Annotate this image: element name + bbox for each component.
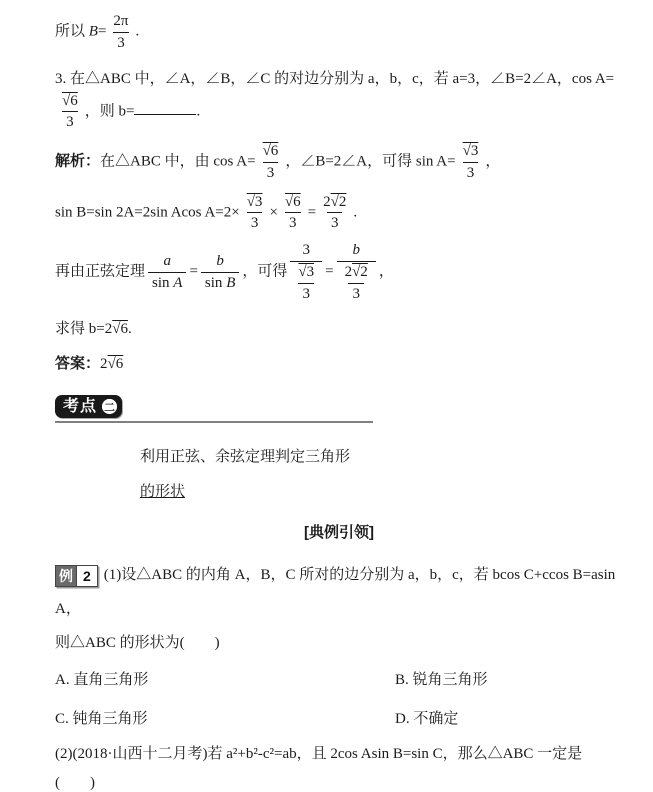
dianli-text: [典例引领] — [304, 524, 374, 541]
question2-line2: ( ) — [55, 771, 623, 792]
option-b-label: B. 锐角三角形 — [395, 672, 488, 688]
fraction-sqrt6-3: √63 — [281, 193, 305, 234]
period: . — [196, 103, 200, 119]
option-a: A. 直角三角形 — [55, 668, 395, 689]
text: 在△ABC 中，由 cos A= — [100, 154, 256, 170]
sqrt6: √6 — [108, 356, 124, 372]
fraction-2sqrt2-3: 2√23 — [319, 193, 350, 234]
var-B: B — [89, 24, 98, 40]
coefficient: 2 — [323, 194, 331, 210]
document-page: 所以 B=2π3. 3. 在△ABC 中，∠A，∠B，∠C 的对边分别为 a，b… — [0, 0, 653, 792]
choice-options: A. 直角三角形 B. 锐角三角形 C. 钝角三角形 D. 不确定 — [55, 668, 623, 728]
answer-line: 答案：2√6 — [55, 352, 623, 373]
question3-line1: 3. 在△ABC 中，∠A，∠B，∠C 的对边分别为 a，b，c，若 a=3，∠… — [55, 67, 623, 88]
text: ，则 b= — [85, 103, 135, 119]
period: . — [135, 24, 139, 40]
comma: ， — [379, 264, 394, 280]
section-heading-line2: 的形状 — [140, 480, 623, 501]
equals: = — [325, 264, 333, 280]
fraction-a-sinA: asin A — [148, 252, 186, 293]
heading-text: 利用正弦、余弦定理判定三角形 — [140, 449, 350, 465]
text: 2 — [100, 356, 108, 372]
section-heading-line1: 利用正弦、余弦定理判定三角形 — [140, 445, 623, 466]
option-c-label: C. 钝角三角形 — [55, 711, 148, 727]
sqrt2: √2 — [352, 264, 368, 280]
equals: = — [308, 204, 316, 220]
period: . — [128, 321, 132, 337]
fraction-sqrt6-3: √63 — [58, 92, 82, 133]
question2-line1: (2)(2018·山西十二月考)若 a²+b²-c²=ab，且 2cos Asi… — [55, 742, 623, 763]
heading-text-underlined: 的形状 — [140, 484, 185, 500]
sin-fn: sin — [152, 275, 173, 291]
sqrt2: √2 — [331, 194, 347, 210]
example2-badge: 例2 — [55, 565, 98, 587]
fraction-3-over-sqrt3-3: 3√33 — [290, 241, 322, 303]
jiexi-label: 解析： — [55, 153, 100, 170]
solution-line3: 再由正弦定理asin A=bsin B，可得3√33=b2√23， — [55, 241, 623, 303]
period: . — [353, 204, 357, 220]
inner-fraction-2sqrt2-3: 2√23 — [341, 263, 372, 304]
answer-blank — [134, 100, 196, 115]
sqrt6: √6 — [112, 321, 128, 337]
solution-result-line: 求得 b=2√6. — [55, 317, 623, 338]
fraction-b-over-2sqrt2-3: b2√23 — [337, 241, 376, 303]
var-B: B — [226, 275, 235, 291]
example2-text-line1: (1)设△ABC 的内角 A，B，C 所对的边分别为 a，b，c，若 bcos … — [55, 567, 615, 617]
times: × — [269, 204, 277, 220]
option-d-label: D. 不确定 — [395, 711, 458, 727]
fraction-sqrt3-3: √33 — [459, 142, 483, 183]
solution-line1: 解析：在△ABC 中，由 cos A=√63，∠B=2∠A，可得 sin A=√… — [55, 142, 623, 183]
question3-line2: √63，则 b=. — [55, 92, 623, 133]
text: 所以 — [55, 24, 89, 40]
option-c: C. 钝角三角形 — [55, 707, 395, 728]
text: 求得 b=2 — [55, 321, 112, 337]
daan-label: 答案： — [55, 355, 100, 372]
fraction-2pi-3: 2π3 — [109, 12, 132, 53]
conclusion-line: 所以 B=2π3. — [55, 8, 623, 53]
kaodian-label: 考点 — [63, 398, 97, 416]
fraction-b-sinB: bsin B — [201, 252, 239, 293]
example2-text-line2: 则△ABC 的形状为( ) — [55, 635, 220, 651]
option-b: B. 锐角三角形 — [395, 668, 623, 689]
badge-number: 2 — [76, 566, 97, 586]
kaodian-number-circle: 二 — [100, 397, 119, 416]
subsection-tag: [典例引领] — [55, 521, 623, 542]
comma: ， — [485, 154, 500, 170]
text: ，可得 — [242, 264, 287, 280]
equals: = — [98, 24, 106, 40]
text: 再由正弦定理 — [55, 264, 145, 280]
coefficient: 2 — [345, 264, 353, 280]
inner-fraction-sqrt3-3: √33 — [294, 263, 318, 304]
option-d: D. 不确定 — [395, 707, 623, 728]
equals: = — [189, 264, 197, 280]
fraction-sqrt6-3: √63 — [259, 142, 283, 183]
fraction-sqrt3-3: √33 — [243, 193, 267, 234]
text: ，∠B=2∠A，可得 sin A= — [285, 154, 455, 170]
kaodian-badge: 考点 二 — [55, 395, 122, 418]
solution-line2: sin B=sin 2A=2sin Acos A=2×√33×√63=2√23. — [55, 193, 623, 234]
question2-text: (2)(2018·山西十二月考)若 a²+b²-c²=ab，且 2cos Asi… — [55, 746, 582, 762]
badge-li: 例 — [56, 566, 76, 586]
question3-text: 3. 在△ABC 中，∠A，∠B，∠C 的对边分别为 a，b，c，若 a=3，∠… — [55, 71, 614, 87]
kaodian-section-header: 考点 二 — [55, 395, 373, 423]
var-A: A — [173, 275, 182, 291]
option-a-label: A. 直角三角形 — [55, 672, 148, 688]
question2-parens: ( ) — [55, 775, 95, 791]
sin-fn: sin — [205, 275, 226, 291]
example2-paragraph: 例2(1)设△ABC 的内角 A，B，C 所对的边分别为 a，b，c，若 bco… — [55, 558, 623, 660]
text: sin B=sin 2A=2sin Acos A=2× — [55, 204, 240, 220]
